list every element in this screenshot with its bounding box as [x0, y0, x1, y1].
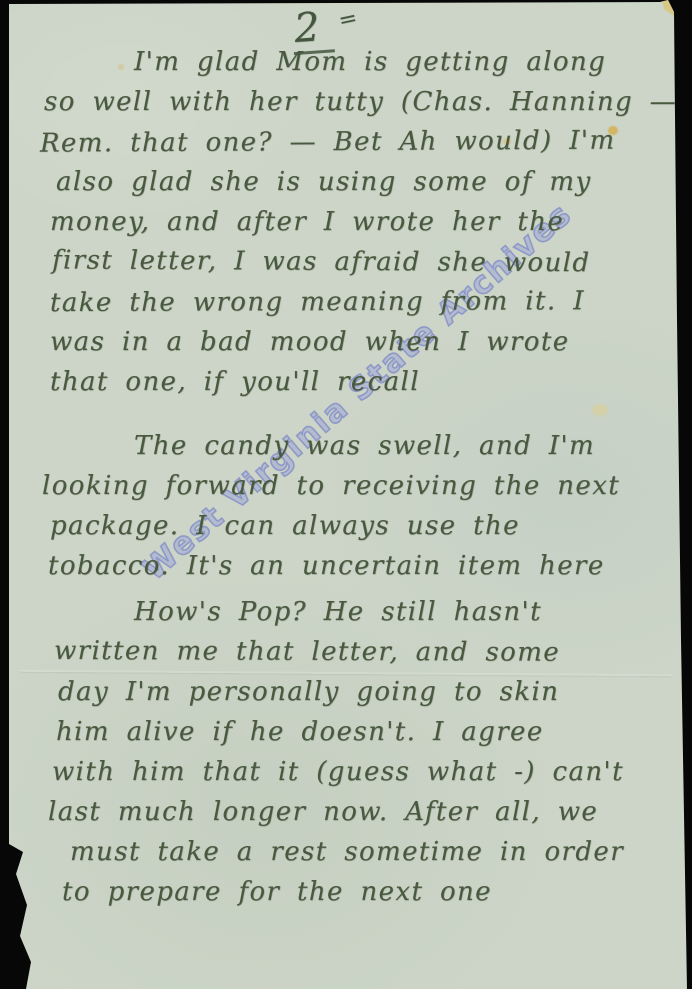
letter-line: also glad she is using some of my	[56, 162, 660, 202]
letter-line: day I'm personally going to skin	[58, 672, 660, 712]
letter-line: last much longer now. After all, we	[48, 792, 660, 832]
letter-line: Rem. that one? — Bet Ah would) I'm	[40, 120, 660, 163]
letter-line: How's Pop? He still hasn't	[134, 592, 660, 632]
letter-line: take the wrong meaning from it. I	[50, 281, 660, 323]
letter-line: first letter, I was afraid she would	[52, 240, 660, 283]
letter-line: money, and after I wrote her the	[50, 202, 660, 242]
letter-body: I'm glad Mom is getting along so well wi…	[50, 42, 660, 912]
letter-page: West Virginia State Archives 2= I'm glad…	[0, 0, 692, 989]
letter-line: with him that it (guess what -) can't	[52, 752, 660, 792]
letter-line: must take a rest sometime in order	[70, 832, 660, 872]
page-number-flourish: =	[335, 0, 359, 42]
letter-line: him alive if he doesn't. I agree	[56, 712, 660, 752]
letter-line: written me that letter, and some	[54, 631, 660, 673]
letter-line: to prepare for the next one	[62, 872, 660, 912]
letter-line: tobacco. It's an uncertain item here	[48, 546, 660, 586]
letter-line: so well with her tutty (Chas. Hanning —	[44, 82, 660, 122]
folded-corner	[662, 0, 678, 17]
letter-line: was in a bad mood when I wrote	[50, 322, 660, 362]
letter-line: package. I can always use the	[50, 506, 660, 546]
letter-line: The candy was swell, and I'm	[134, 426, 660, 466]
letter-line: that one, if you'll recall	[50, 362, 660, 402]
letter-line: I'm glad Mom is getting along	[134, 42, 660, 82]
letter-line: looking forward to receiving the next	[42, 466, 660, 506]
